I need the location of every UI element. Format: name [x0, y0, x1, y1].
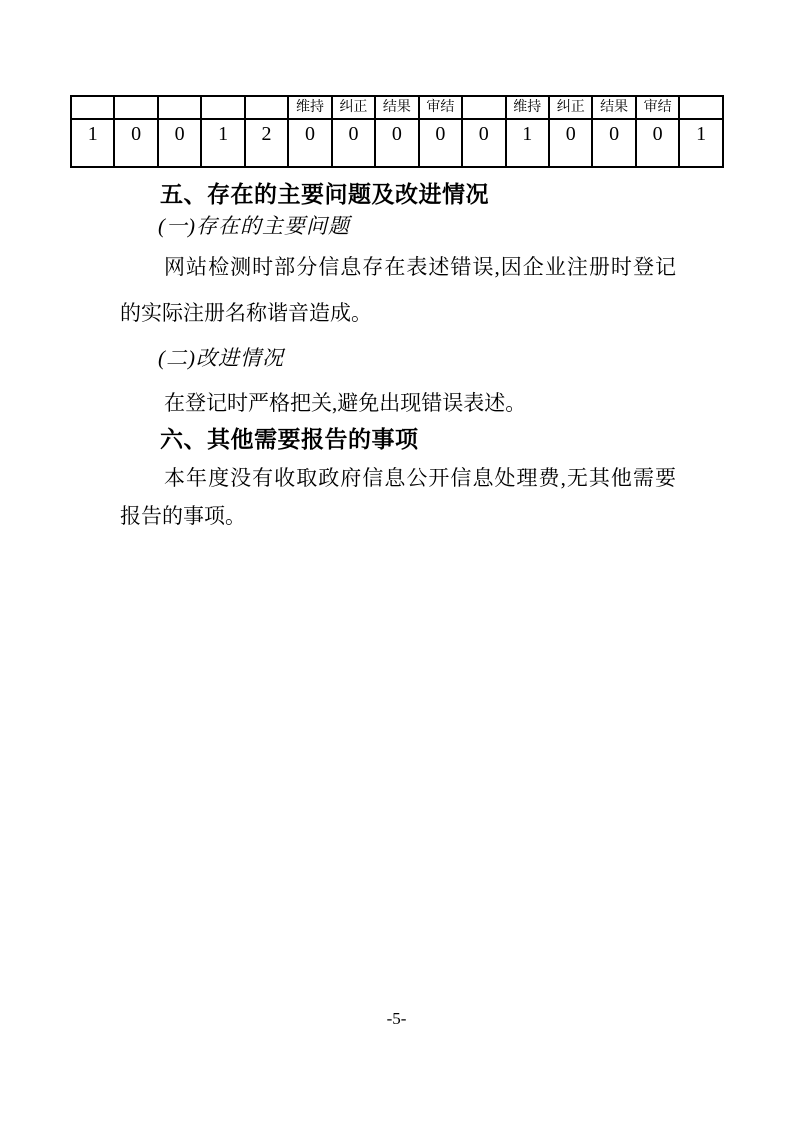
- table-value-cell: 0: [419, 119, 462, 167]
- subsection-one-heading: (一)存在的主要问题: [120, 213, 676, 239]
- table-value-cell: 1: [506, 119, 549, 167]
- table-header-cell: [462, 96, 505, 119]
- table-header-cell: [679, 96, 723, 119]
- statistics-table: 维持 纠正 结果 审结 维持 纠正 结果 审结 1 0 0 1 2 0 0 0 …: [70, 95, 724, 168]
- table-header-row: 维持 纠正 结果 审结 维持 纠正 结果 审结: [71, 96, 723, 119]
- table-header-cell: 审结: [636, 96, 679, 119]
- table-value-cell: 0: [114, 119, 157, 167]
- table-value-cell: 0: [592, 119, 635, 167]
- table-header-cell: [201, 96, 244, 119]
- table-header-cell: [245, 96, 288, 119]
- section-five-heading: 五、存在的主要问题及改进情况: [120, 181, 676, 207]
- page-number: -5-: [0, 1008, 793, 1030]
- table-value-cell: 0: [288, 119, 331, 167]
- table-header-cell: 审结: [419, 96, 462, 119]
- table-header-cell: [114, 96, 157, 119]
- table-header-cell: 维持: [506, 96, 549, 119]
- table-value-cell: 0: [375, 119, 418, 167]
- table-header-cell: [71, 96, 114, 119]
- table-value-cell: 1: [201, 119, 244, 167]
- paragraph-improvement-line-1: 在登记时严格把关,避免出现错误表述。: [120, 390, 676, 416]
- paragraph-other-line-1: 本年度没有收取政府信息公开信息处理费,无其他需要: [120, 465, 676, 491]
- table-value-cell: 0: [158, 119, 201, 167]
- table-value-cell: 0: [332, 119, 375, 167]
- table-header-cell: 纠正: [332, 96, 375, 119]
- table-value-cell: 0: [549, 119, 592, 167]
- table-header-cell: [158, 96, 201, 119]
- table-header-cell: 结果: [592, 96, 635, 119]
- paragraph-other-line-2: 报告的事项。: [120, 503, 676, 529]
- table-value-cell: 0: [462, 119, 505, 167]
- table-header-cell: 纠正: [549, 96, 592, 119]
- table-value-row: 1 0 0 1 2 0 0 0 0 0 1 0 0 0 1: [71, 119, 723, 167]
- table-value-cell: 0: [636, 119, 679, 167]
- table-value-cell: 1: [679, 119, 723, 167]
- table-header-cell: 结果: [375, 96, 418, 119]
- table-value-cell: 1: [71, 119, 114, 167]
- paragraph-problems-line-1: 网站检测时部分信息存在表述错误,因企业注册时登记: [120, 254, 676, 280]
- document-page: 维持 纠正 结果 审结 维持 纠正 结果 审结 1 0 0 1 2 0 0 0 …: [0, 0, 793, 1122]
- subsection-two-heading: (二)改进情况: [120, 345, 676, 371]
- paragraph-problems-line-2: 的实际注册名称谐音造成。: [120, 300, 676, 326]
- table-value-cell: 2: [245, 119, 288, 167]
- section-six-heading: 六、其他需要报告的事项: [120, 426, 676, 452]
- table-header-cell: 维持: [288, 96, 331, 119]
